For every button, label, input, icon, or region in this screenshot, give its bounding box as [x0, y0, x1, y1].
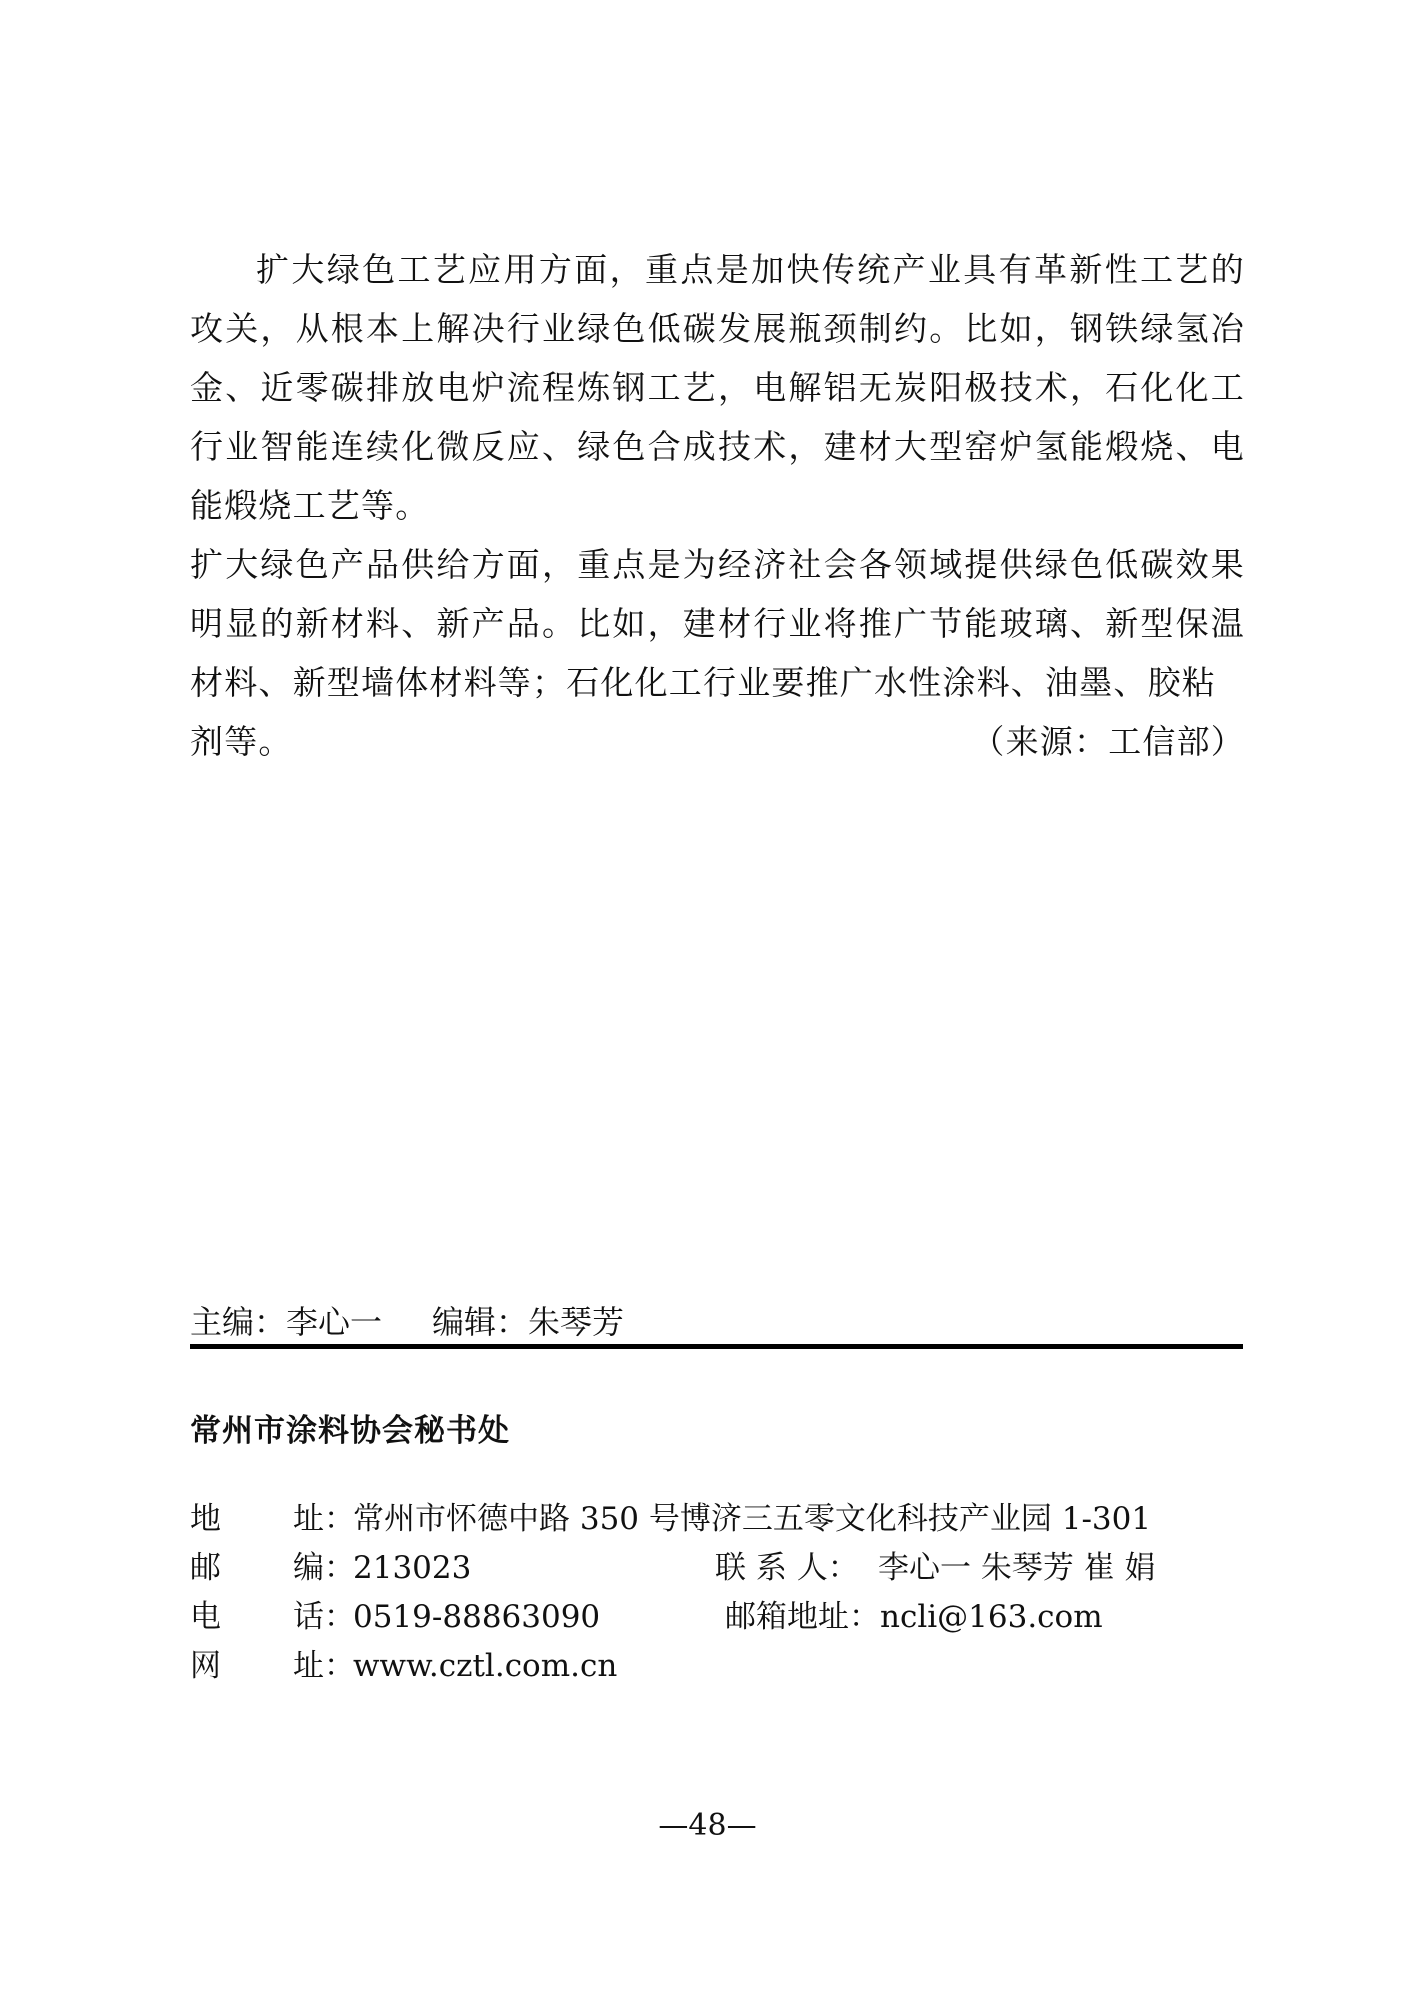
email-label: 邮箱地址： [725, 1593, 880, 1642]
paragraph-green-process: 扩大绿色工艺应用方面，重点是加快传统产业具有革新性工艺的攻关，从根本上解决行业绿… [190, 240, 1245, 535]
contact-website: 网 址： www.cztl.com.cn [190, 1642, 1250, 1691]
contact-person-label: 联 系 人： [715, 1544, 859, 1593]
postcode-value: 213023 [353, 1544, 471, 1593]
website-value[interactable]: www.cztl.com.cn [353, 1642, 617, 1691]
source-attribution: （来源：工信部） [971, 712, 1245, 771]
chief-editor-label: 主编： [190, 1303, 286, 1341]
document-page: 扩大绿色工艺应用方面，重点是加快传统产业具有革新性工艺的攻关，从根本上解决行业绿… [0, 0, 1415, 2000]
paragraph-end: 剂等。 [190, 712, 293, 771]
chief-editor-name: 李心一 [286, 1303, 382, 1341]
editor-label: 编辑： [432, 1303, 528, 1341]
contact-block: 地 址： 常州市怀德中路 350 号博济三五零文化科技产业园 1-301 邮 编… [190, 1495, 1250, 1691]
contact-address: 地 址： 常州市怀德中路 350 号博济三五零文化科技产业园 1-301 [190, 1495, 1250, 1544]
contact-postcode: 邮 编： 213023 联 系 人： 李心一 朱琴芳 崔 娟 [190, 1544, 1250, 1593]
masthead-rule [190, 1344, 1243, 1349]
paragraph-green-products: 扩大绿色产品供给方面，重点是为经济社会各领域提供绿色低碳效果明显的新材料、新产品… [190, 535, 1245, 712]
page-number: —48— [0, 1808, 1415, 1843]
masthead: 主编：李心一编辑：朱琴芳 [190, 1300, 1245, 1344]
address-value: 常州市怀德中路 350 号博济三五零文化科技产业园 1-301 [353, 1495, 1151, 1544]
phone-value: 0519-88863090 [353, 1593, 600, 1642]
source-line: 剂等。 （来源：工信部） [190, 712, 1245, 771]
contact-person-value: 李心一 朱琴芳 崔 娟 [878, 1544, 1156, 1593]
email-value[interactable]: ncli@163.com [880, 1593, 1103, 1642]
organization-name: 常州市涂料协会秘书处 [190, 1405, 510, 1450]
contact-phone: 电 话： 0519-88863090 邮箱地址： ncli@163.com [190, 1593, 1250, 1642]
editor-name: 朱琴芳 [528, 1303, 624, 1341]
article-body: 扩大绿色工艺应用方面，重点是加快传统产业具有革新性工艺的攻关，从根本上解决行业绿… [190, 240, 1245, 771]
